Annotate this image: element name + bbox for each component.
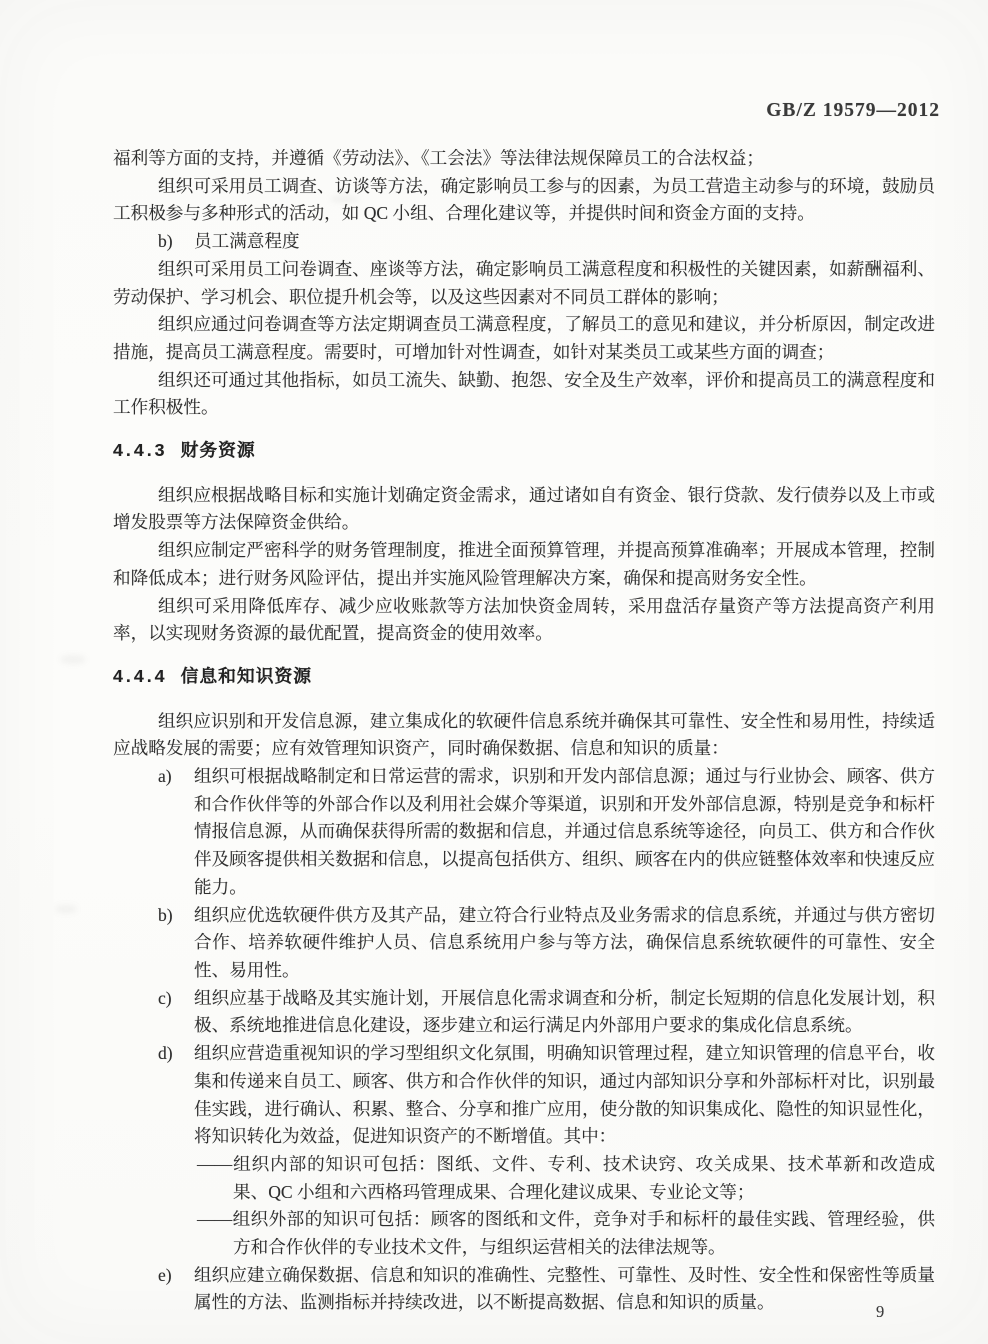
list-marker: d) bbox=[158, 1040, 173, 1068]
paragraph: 组织应识别和开发信息源，建立集成化的软硬件信息系统并确保其可靠性、安全性和易用性… bbox=[113, 708, 935, 763]
list-item: c) 组织应基于战略及其实施计划，开展信息化需求调查和分析，制定长短期的信息化发… bbox=[113, 985, 935, 1040]
document-page: GB/Z 19579—2012 福利等方面的支持，并遵循《劳动法》、《工会法》等… bbox=[0, 0, 988, 1344]
list-item-text: 组织应营造重视知识的学习型组织文化氛围，明确知识管理过程，建立知识管理的信息平台… bbox=[194, 1043, 935, 1146]
paragraph: 组织还可通过其他指标，如员工流失、缺勤、抱怨、安全及生产效率，评价和提高员工的满… bbox=[113, 367, 935, 422]
document-content: 福利等方面的支持，并遵循《劳动法》、《工会法》等法律法规保障员工的合法权益； 组… bbox=[113, 145, 935, 1317]
paragraph-continuation: 福利等方面的支持，并遵循《劳动法》、《工会法》等法律法规保障员工的合法权益； bbox=[113, 145, 935, 173]
list-item: d) 组织应营造重视知识的学习型组织文化氛围，明确知识管理过程，建立知识管理的信… bbox=[113, 1040, 935, 1151]
dash-sub-item: ——组织外部的知识可包括：顾客的图纸和文件，竞争对手和标杆的最佳实践、管理经验，… bbox=[113, 1206, 935, 1261]
section-number: 4.4.4 bbox=[113, 666, 168, 686]
list-item-text: 组织应建立确保数据、信息和知识的准确性、完整性、可靠性、及时性、安全性和保密性等… bbox=[194, 1265, 935, 1313]
list-marker: b) bbox=[158, 228, 173, 256]
paragraph: 组织可采用员工调查、访谈等方法，确定影响员工参与的因素，为员工营造主动参与的环境… bbox=[113, 173, 935, 228]
section-number: 4.4.3 bbox=[113, 440, 168, 460]
list-item-text: 员工满意程度 bbox=[194, 231, 300, 251]
paragraph: 组织应制定严密科学的财务管理制度，推进全面预算管理，并提高预算准确率；开展成本管… bbox=[113, 537, 935, 592]
section-heading-4-4-3: 4.4.3财务资源 bbox=[113, 437, 935, 465]
section-title: 财务资源 bbox=[181, 440, 256, 460]
section-title: 信息和知识资源 bbox=[181, 666, 312, 686]
list-item-text: 组织应基于战略及其实施计划，开展信息化需求调查和分析，制定长短期的信息化发展计划… bbox=[194, 988, 935, 1036]
list-item: e) 组织应建立确保数据、信息和知识的准确性、完整性、可靠性、及时性、安全性和保… bbox=[113, 1262, 935, 1317]
scan-smudge bbox=[60, 655, 86, 664]
list-marker: b) bbox=[158, 902, 173, 930]
section-heading-4-4-4: 4.4.4信息和知识资源 bbox=[113, 663, 935, 691]
paragraph: 组织可采用降低库存、减少应收账款等方法加快资金周转，采用盘活存量资产等方法提高资… bbox=[113, 593, 935, 648]
list-item: b) 组织应优选软硬件供方及其产品，建立符合行业特点及业务需求的信息系统，并通过… bbox=[113, 902, 935, 985]
list-marker: a) bbox=[158, 763, 172, 791]
list-item: a) 组织可根据战略制定和日常运营的需求，识别和开发内部信息源；通过与行业协会、… bbox=[113, 763, 935, 902]
paragraph: 组织可采用员工问卷调查、座谈等方法，确定影响员工满意程度和积极性的关键因素，如薪… bbox=[113, 256, 935, 311]
standard-number-header: GB/Z 19579—2012 bbox=[766, 100, 940, 122]
page-number: 9 bbox=[876, 1302, 884, 1322]
scan-smudge bbox=[55, 905, 77, 913]
list-marker: c) bbox=[158, 985, 172, 1013]
list-item: b) 员工满意程度 bbox=[113, 228, 935, 256]
paragraph: 组织应根据战略目标和实施计划确定资金需求，通过诸如自有资金、银行贷款、发行债券以… bbox=[113, 482, 935, 537]
dash-sub-item: ——组织内部的知识可包括：图纸、文件、专利、技术诀窍、攻关成果、技术革新和改造成… bbox=[113, 1151, 935, 1206]
list-item-text: 组织应优选软硬件供方及其产品，建立符合行业特点及业务需求的信息系统，并通过与供方… bbox=[194, 905, 935, 980]
paragraph: 组织应通过问卷调查等方法定期调查员工满意程度，了解员工的意见和建议，并分析原因，… bbox=[113, 311, 935, 366]
list-marker: e) bbox=[158, 1262, 172, 1290]
list-item-text: 组织可根据战略制定和日常运营的需求，识别和开发内部信息源；通过与行业协会、顾客、… bbox=[194, 766, 935, 897]
